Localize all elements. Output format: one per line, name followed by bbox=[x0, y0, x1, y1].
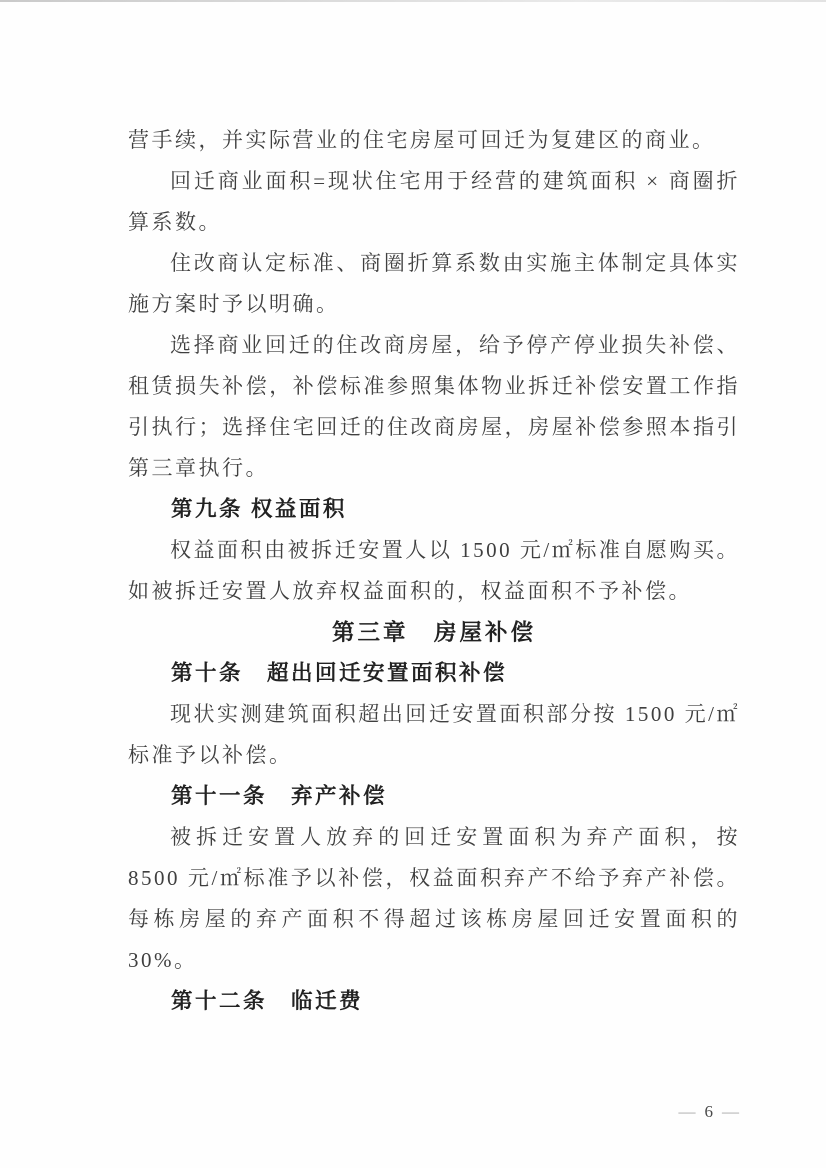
paragraph-relocation-options: 选择商业回迁的住改商房屋，给予停产停业损失补偿、租赁损失补偿，补偿标准参照集体物… bbox=[128, 325, 740, 489]
paragraph-article-11-body: 被拆迁安置人放弃的回迁安置面积为弃产面积，按 8500 元/㎡标准予以补偿，权益… bbox=[128, 817, 740, 981]
paragraph-standards-clarification: 住改商认定标准、商圈折算系数由实施主体制定具体实施方案时予以明确。 bbox=[128, 243, 740, 325]
paragraph-article-9-body: 权益面积由被拆迁安置人以 1500 元/㎡标准自愿购买。如被拆迁安置人放弃权益面… bbox=[128, 530, 740, 612]
article-heading-9: 第九条 权益面积 bbox=[128, 489, 740, 530]
article-heading-11: 第十一条 弃产补偿 bbox=[128, 776, 740, 817]
page-number-dash-left: — bbox=[672, 1102, 705, 1121]
paragraph-continuation: 营手续，并实际营业的住宅房屋可回迁为复建区的商业。 bbox=[128, 120, 740, 161]
scanned-document-page: 营手续，并实际营业的住宅房屋可回迁为复建区的商业。 回迁商业面积=现状住宅用于经… bbox=[0, 0, 826, 1168]
paragraph-article-10-body: 现状实测建筑面积超出回迁安置面积部分按 1500 元/㎡标准予以补偿。 bbox=[128, 694, 740, 776]
article-heading-10: 第十条 超出回迁安置面积补偿 bbox=[128, 653, 740, 694]
page-number: —6— bbox=[672, 1102, 749, 1122]
page-number-value: 6 bbox=[705, 1102, 716, 1121]
article-heading-12: 第十二条 临迁费 bbox=[128, 981, 740, 1022]
scan-edge-artifact bbox=[0, 0, 826, 2]
paragraph-commercial-area-formula: 回迁商业面积=现状住宅用于经营的建筑面积 × 商圈折算系数。 bbox=[128, 161, 740, 243]
chapter-3-heading: 第三章 房屋补偿 bbox=[128, 612, 740, 653]
page-number-dash-right: — bbox=[715, 1102, 748, 1121]
document-body: 营手续，并实际营业的住宅房屋可回迁为复建区的商业。 回迁商业面积=现状住宅用于经… bbox=[128, 120, 740, 1022]
